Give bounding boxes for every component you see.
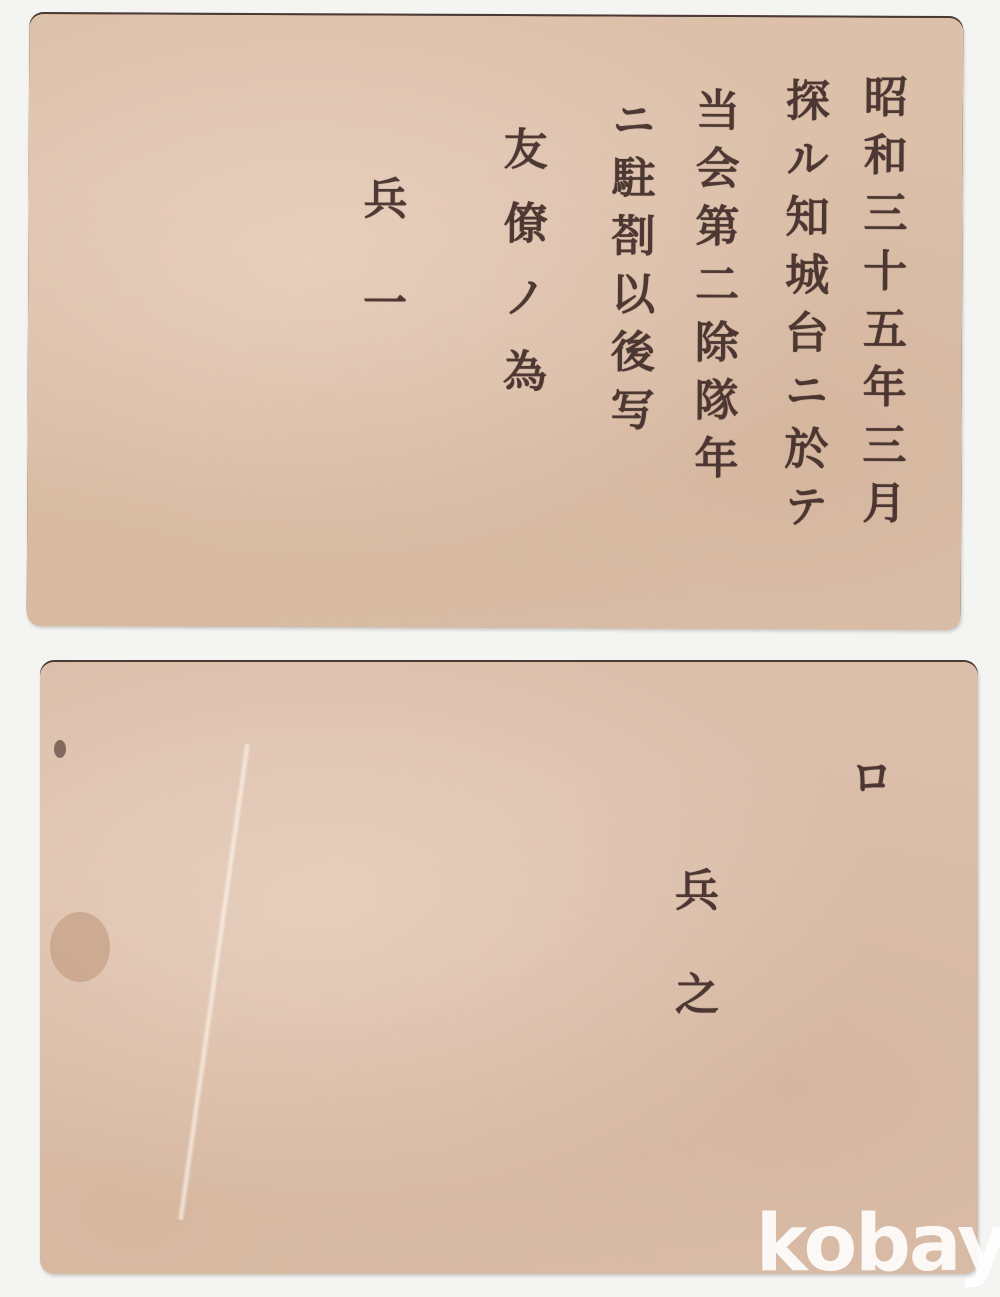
text-column-3: 当会第二除隊年 bbox=[689, 87, 735, 493]
kobay-watermark: kobay bbox=[756, 1199, 1000, 1289]
postcard-front: 昭和三十五年三月 探ル知城台ニ於テ 当会第二除隊年 ニ駐剳以後写 友僚ノ為 兵一 bbox=[27, 14, 964, 630]
text-column-4: ニ駐剳以後写 bbox=[605, 96, 651, 444]
signature: 兵一 bbox=[358, 175, 403, 383]
text-column-1: 昭和三十五年三月 bbox=[857, 74, 903, 538]
stain-mark bbox=[50, 912, 110, 982]
postcard-back: ロ 兵之 bbox=[40, 662, 978, 1274]
crease-mark bbox=[177, 744, 252, 1220]
address-mark: ロ bbox=[845, 754, 889, 812]
addressee-name: 兵之 bbox=[670, 867, 714, 1075]
text-column-2: 探ル知城台ニ於テ bbox=[779, 77, 825, 541]
ink-spot bbox=[54, 740, 66, 758]
text-column-5: 友僚ノ為 bbox=[498, 126, 543, 422]
